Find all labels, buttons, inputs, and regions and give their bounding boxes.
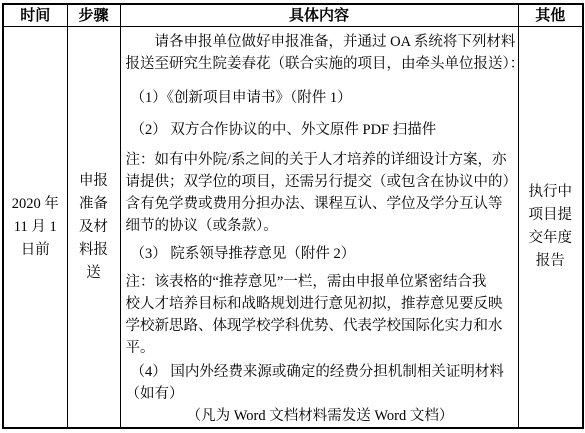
- content-note-1-line: 细节的协议（或条款）。: [126, 215, 515, 237]
- column-header-other: 其他: [518, 4, 583, 27]
- other-line: 交年度: [519, 227, 583, 250]
- content-note-2-line: 注：该表格的“推荐意见”一栏，需由申报单位紧密结合我: [126, 271, 515, 293]
- header-row: 时间 步骤 具体内容 其他: [3, 4, 583, 27]
- step-cell: 申报 准备 及材 料报 送: [67, 27, 120, 429]
- document-page: 时间 步骤 具体内容 其他 2020 年 11 月 1 日前 申报 准备 及材 …: [0, 0, 585, 433]
- table-row: 2020 年 11 月 1 日前 申报 准备 及材 料报 送 请各申报单位做好申…: [3, 27, 583, 429]
- content-note-2-line: 学校新思路、体现学校学科优势、代表学校国际化实力和水: [126, 315, 515, 337]
- content-footer-note: （凡为 Word 文档材料需发送 Word 文档）: [126, 405, 515, 427]
- other-line: 执行中: [519, 181, 583, 204]
- step-line: 准备: [68, 193, 120, 216]
- schedule-table: 时间 步骤 具体内容 其他 2020 年 11 月 1 日前 申报 准备 及材 …: [2, 3, 584, 429]
- column-header-content: 具体内容: [120, 4, 518, 27]
- other-cell: 执行中 项目提 交年度 报告: [518, 27, 583, 429]
- step-line: 送: [68, 262, 120, 285]
- column-header-step: 步骤: [67, 4, 120, 27]
- content-item-2: （2） 双方合作协议的中、外文原件 PDF 扫描件: [126, 119, 515, 141]
- column-header-time: 时间: [3, 4, 67, 27]
- content-note-1-line: 请提供；双学位的项目，还需另行提交（或包含在协议中的）: [126, 171, 515, 193]
- content-item-1: （1）《创新项目申请书》（附件 1）: [126, 87, 515, 109]
- time-line: 11 月 1: [4, 216, 67, 239]
- other-line: 项目提: [519, 204, 583, 227]
- step-line: 申报: [68, 170, 120, 193]
- content-note-2-line: 平。: [126, 337, 515, 359]
- other-line: 报告: [519, 250, 583, 273]
- content-intro-line: 请各申报单位做好申报准备，并通过 OA 系统将下列材料: [126, 31, 515, 53]
- content-cell: 请各申报单位做好申报准备，并通过 OA 系统将下列材料 报送至研究生院姜春花（联…: [120, 27, 518, 429]
- time-line: 日前: [4, 239, 67, 262]
- time-line: 2020 年: [4, 193, 67, 216]
- content-item-4-continuation: （如有）: [126, 383, 515, 405]
- content-intro-line: 报送至研究生院姜春花（联合实施的项目，由牵头单位报送）：: [126, 53, 515, 75]
- content-note-1-line: 注：如有中外院/系之间的关于人才培养的详细设计方案，亦: [126, 149, 515, 171]
- content-note-1-line: 含有免学费或费用分担办法、课程互认、学位及学分互认等: [126, 193, 515, 215]
- content-note-2-line: 校人才培养目标和战略规划进行意见初拟，推荐意见要反映: [126, 293, 515, 315]
- content-item-4: （4） 国内外经费来源或确定的经费分担机制相关证明材料: [126, 361, 515, 383]
- content-item-3: （3） 院系领导推荐意见（附件 2）: [126, 243, 515, 265]
- step-line: 及材: [68, 216, 120, 239]
- step-line: 料报: [68, 239, 120, 262]
- time-cell: 2020 年 11 月 1 日前: [3, 27, 67, 429]
